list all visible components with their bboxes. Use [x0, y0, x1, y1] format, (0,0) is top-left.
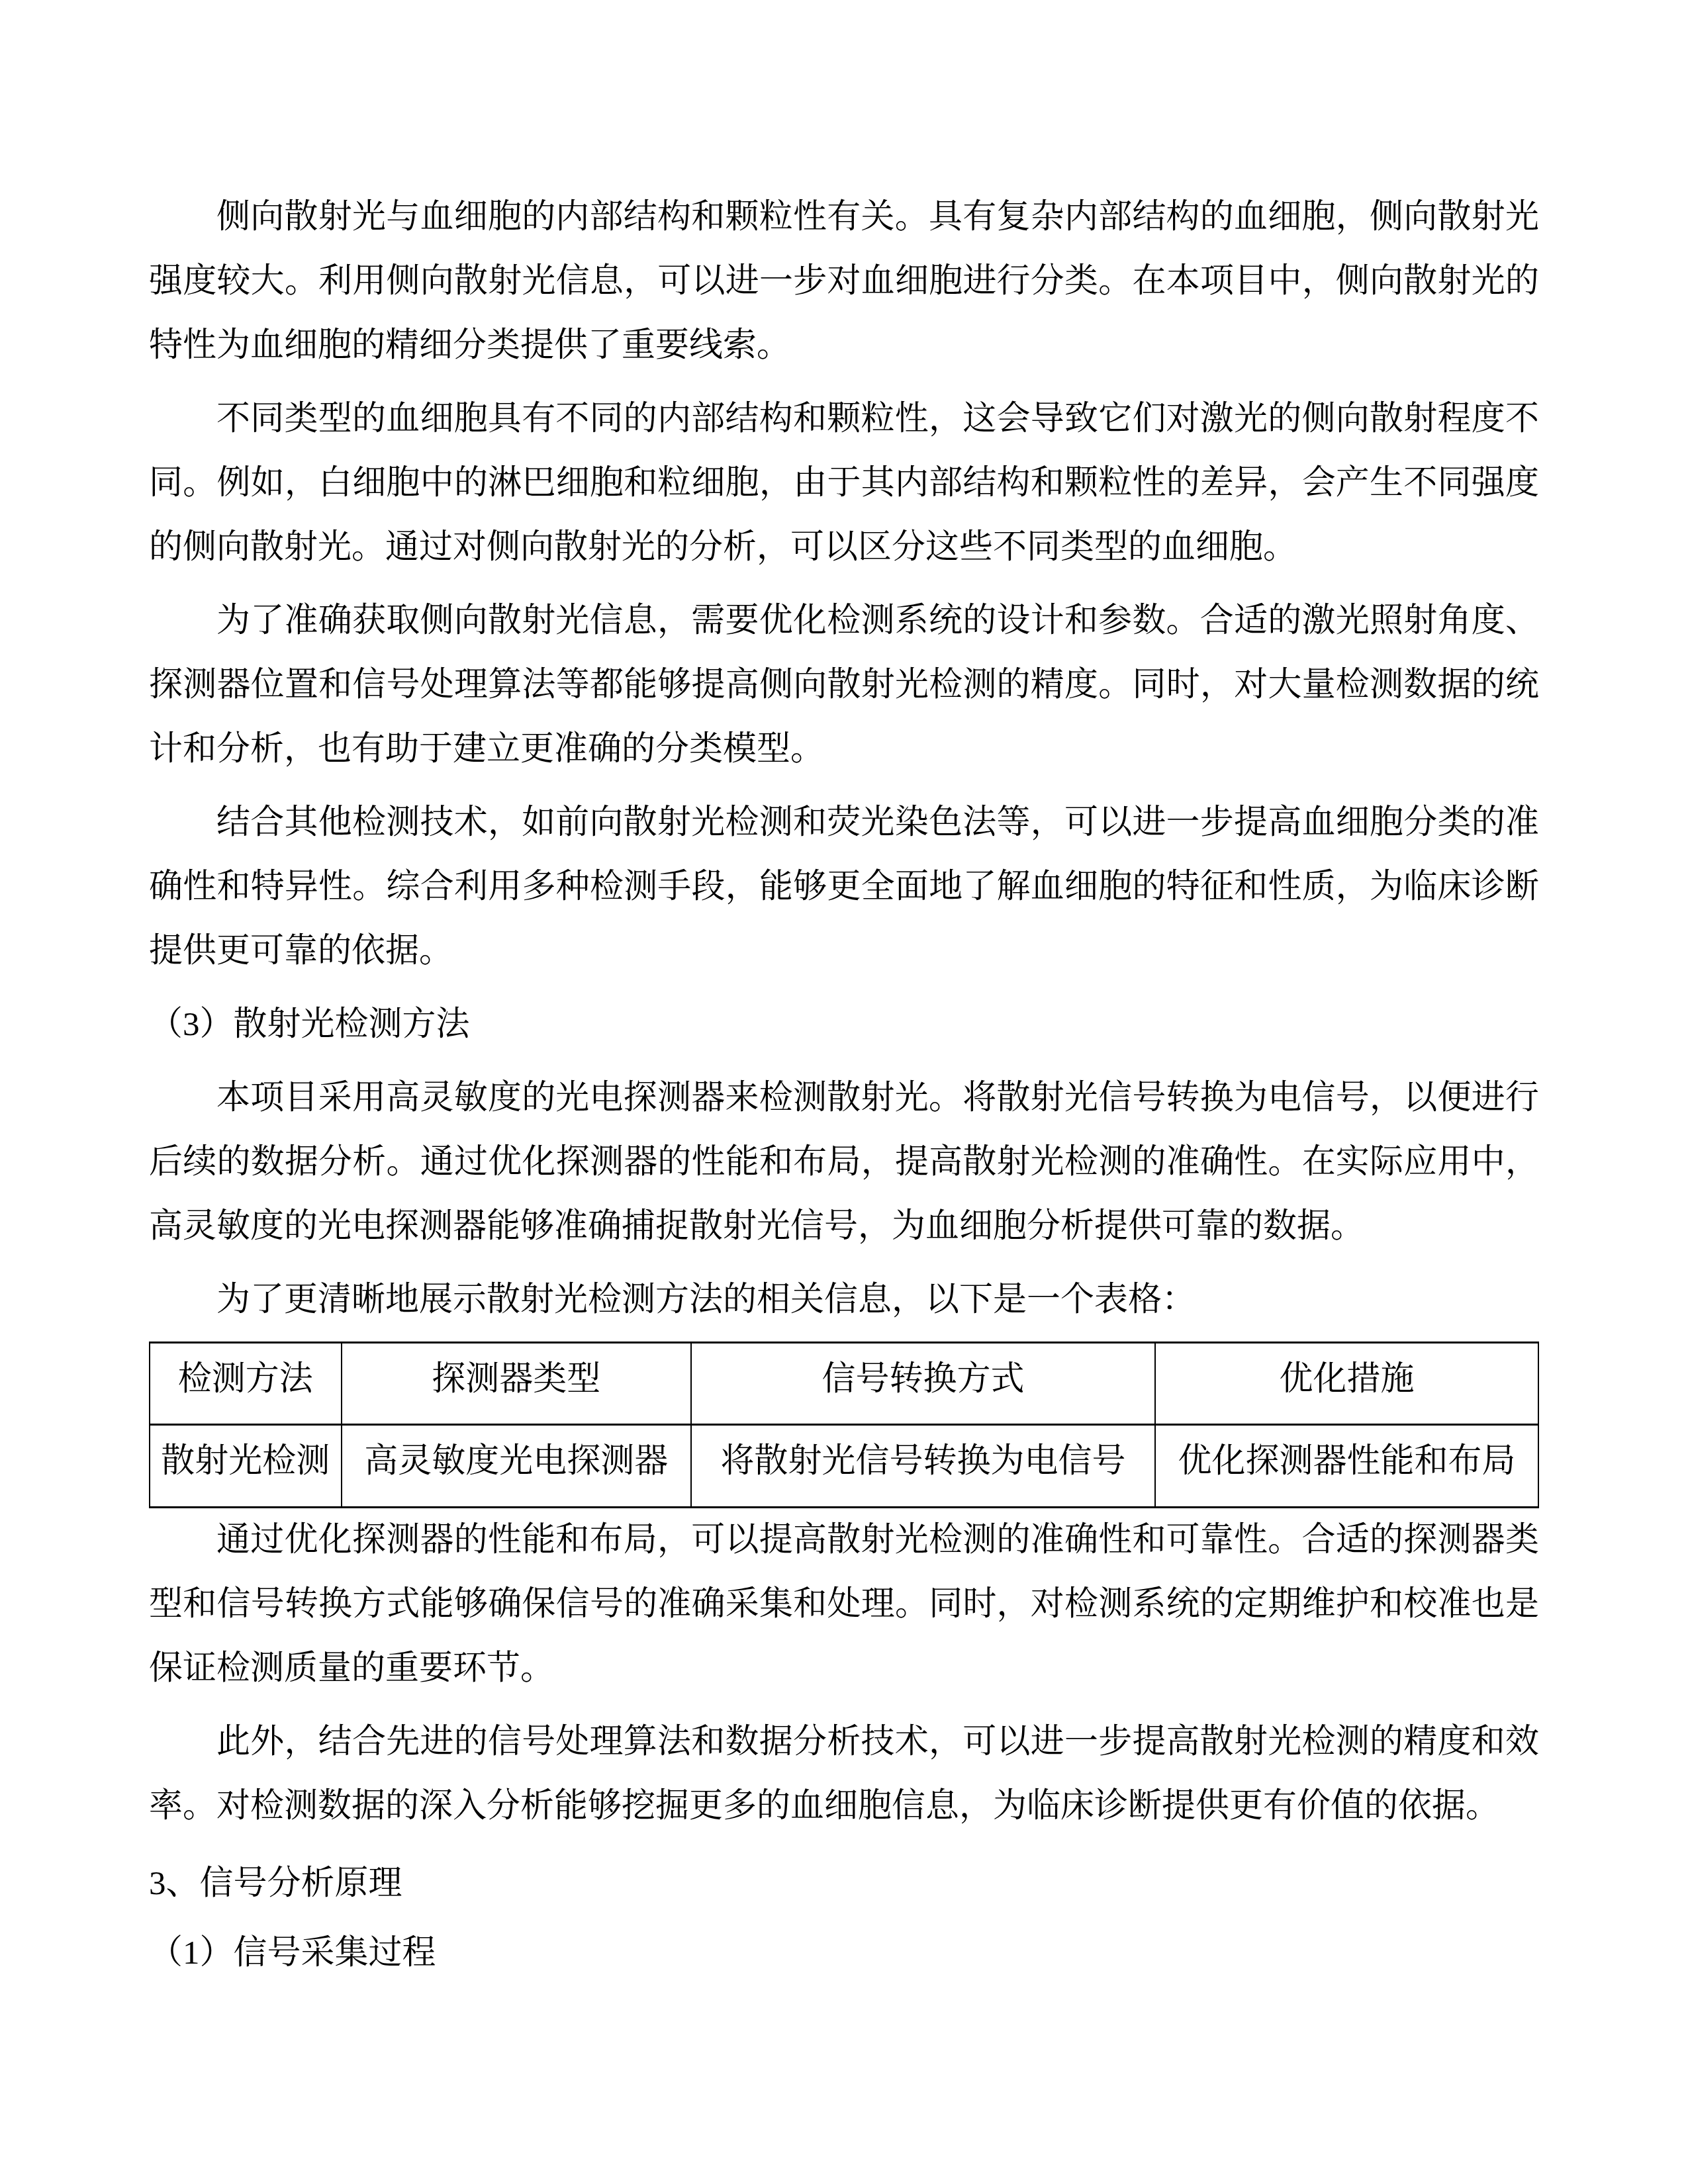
table-header-signal-conversion: 信号转换方式 — [691, 1343, 1155, 1425]
document-page: 侧向散射光与血细胞的内部结构和颗粒性有关。具有复杂内部结构的血细胞，侧向散射光强… — [0, 0, 1688, 2184]
paragraph-cell-types-scatter: 不同类型的血细胞具有不同的内部结构和颗粒性，这会导致它们对激光的侧向散射程度不同… — [149, 387, 1539, 580]
paragraph-table-intro: 为了更清晰地展示散射光检测方法的相关信息，以下是一个表格： — [149, 1268, 1539, 1332]
paragraph-detector-reliability: 通过优化探测器的性能和布局，可以提高散射光检测的准确性和可靠性。合适的探测器类型… — [149, 1508, 1539, 1701]
table-cell-detector-type: 高灵敏度光电探测器 — [342, 1425, 692, 1508]
table-cell-detection-method: 散射光检测 — [150, 1425, 342, 1508]
paragraph-advanced-algorithms: 此外，结合先进的信号处理算法和数据分析技术，可以进一步提高散射光检测的精度和效率… — [149, 1710, 1539, 1839]
section-heading-scatter-detection-method: （3）散射光检测方法 — [149, 993, 1539, 1057]
table-header-row: 检测方法 探测器类型 信号转换方式 优化措施 — [150, 1343, 1538, 1425]
paragraph-combined-techniques: 结合其他检测技术，如前向散射光检测和荧光染色法等，可以进一步提高血细胞分类的准确… — [149, 791, 1539, 983]
table-cell-signal-conversion: 将散射光信号转换为电信号 — [691, 1425, 1155, 1508]
paragraph-system-optimization: 为了准确获取侧向散射光信息，需要优化检测系统的设计和参数。合适的激光照射角度、探… — [149, 589, 1539, 782]
paragraph-photodetector: 本项目采用高灵敏度的光电探测器来检测散射光。将散射光信号转换为电信号，以便进行后… — [149, 1066, 1539, 1259]
table-header-detector-type: 探测器类型 — [342, 1343, 692, 1425]
table-cell-optimization: 优化探测器性能和布局 — [1155, 1425, 1538, 1508]
table-header-optimization: 优化措施 — [1155, 1343, 1538, 1425]
table-row: 散射光检测 高灵敏度光电探测器 将散射光信号转换为电信号 优化探测器性能和布局 — [150, 1425, 1538, 1508]
section-heading-signal-analysis: 3、信号分析原理 — [149, 1852, 1539, 1916]
section-heading-signal-acquisition: （1）信号采集过程 — [149, 1921, 1539, 1985]
scatter-detection-table: 检测方法 探测器类型 信号转换方式 优化措施 散射光检测 高灵敏度光电探测器 将… — [149, 1342, 1539, 1508]
table-header-detection-method: 检测方法 — [150, 1343, 342, 1425]
paragraph-side-scatter-intro: 侧向散射光与血细胞的内部结构和颗粒性有关。具有复杂内部结构的血细胞，侧向散射光强… — [149, 185, 1539, 378]
